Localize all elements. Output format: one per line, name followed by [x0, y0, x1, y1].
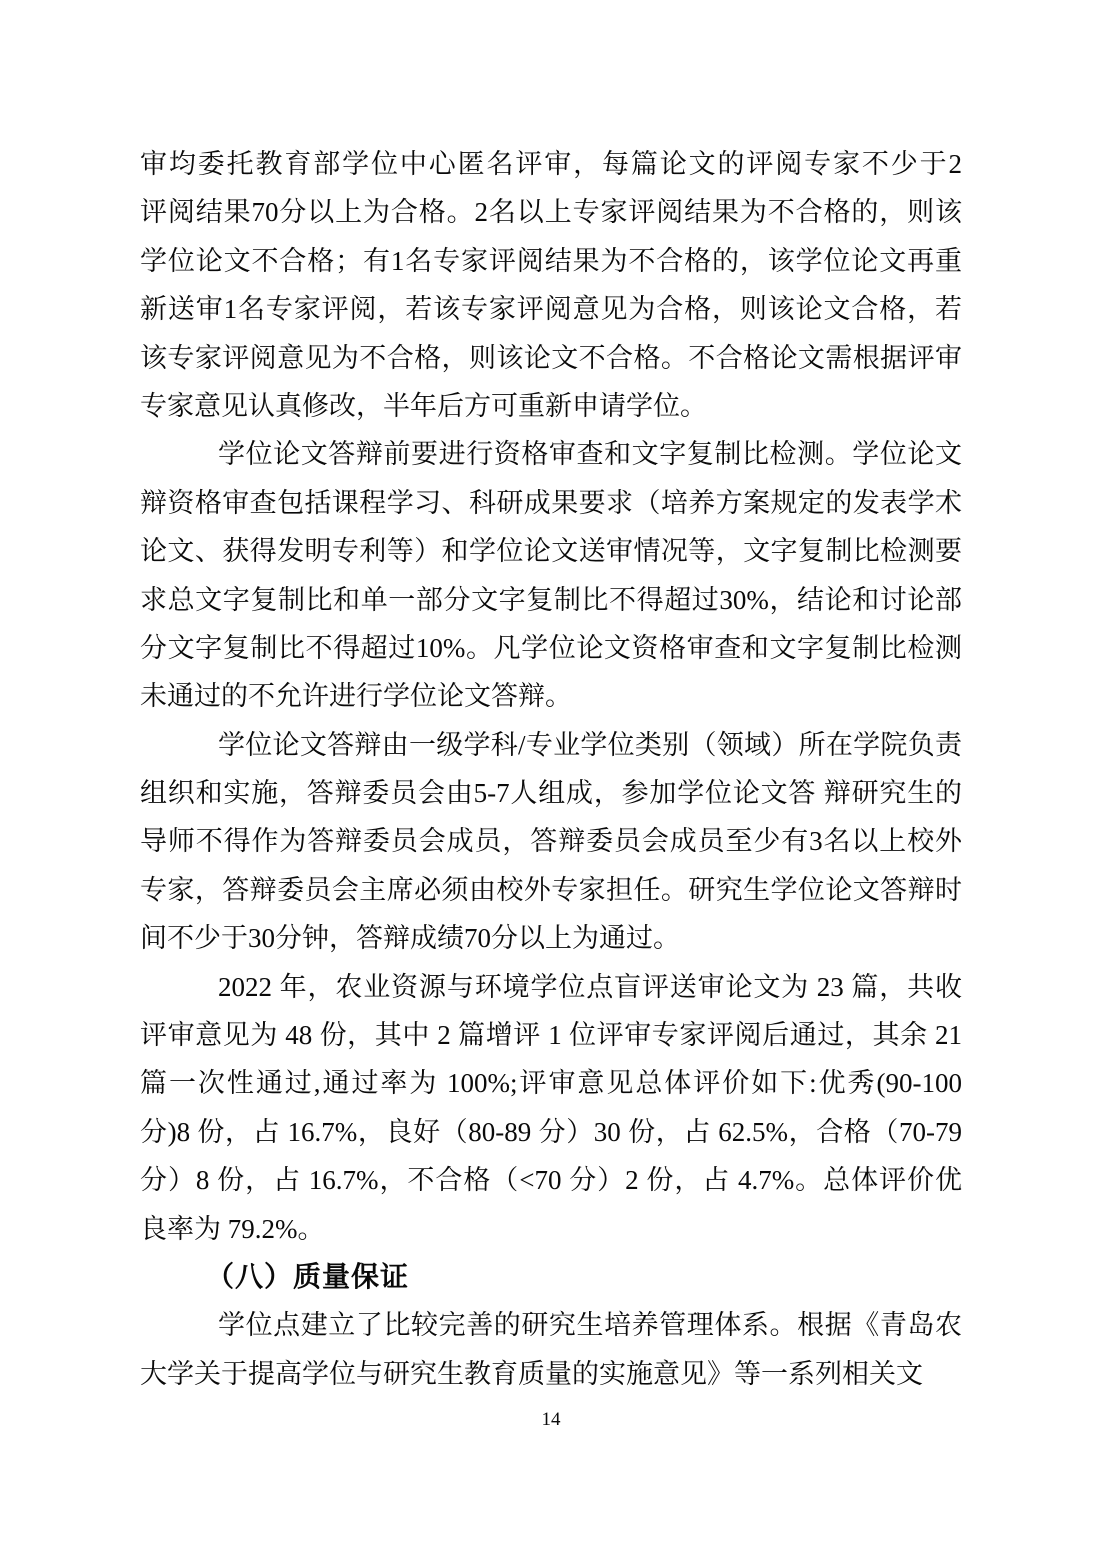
text-line: 未通过的不允许进行学位论文答辩。 — [140, 672, 962, 720]
text-line: 分)8 份，占 16.7%，良好（80-89 分）30 份，占 62.5%，合格… — [140, 1108, 962, 1156]
text-line: 学位论文答辩前要进行资格审查和文字复制比检测。学位论文答 — [140, 430, 962, 478]
paragraph: 2022 年，农业资源与环境学位点盲评送审论文为 23 篇，共收回评审意见为 4… — [140, 963, 962, 1253]
paragraph: 审均委托教育部学位中心匿名评审，每篇论文的评阅专家不少于2人，评阅结果70分以上… — [140, 140, 962, 430]
text-line: 审均委托教育部学位中心匿名评审，每篇论文的评阅专家不少于2人， — [140, 140, 962, 188]
text-line: 论文、获得发明专利等）和学位论文送审情况等，文字复制比检测要 — [140, 527, 962, 575]
text-line: 篇一次性通过,通过率为 100%;评审意见总体评价如下:优秀(90-100 — [140, 1059, 962, 1107]
text-line: 学位点建立了比较完善的研究生培养管理体系。根据《青岛农业 — [140, 1301, 962, 1349]
text-line: 该专家评阅意见为不合格，则该论文不合格。不合格论文需根据评审 — [140, 334, 962, 382]
text-line: 求总文字复制比和单一部分文字复制比不得超过30%，结论和讨论部 — [140, 576, 962, 624]
text-line: 大学关于提高学位与研究生教育质量的实施意见》等一系列相关文件， — [140, 1350, 962, 1398]
text-line: 分）8 份，占 16.7%，不合格（<70 分）2 份，占 4.7%。总体评价优 — [140, 1156, 962, 1204]
paragraph: 学位点建立了比较完善的研究生培养管理体系。根据《青岛农业大学关于提高学位与研究生… — [140, 1301, 962, 1398]
text-line: 分文字复制比不得超过10%。凡学位论文资格审查和文字复制比检测 — [140, 624, 962, 672]
text-line: 新送审1名专家评阅，若该专家评阅意见为合格，则该论文合格，若 — [140, 285, 962, 333]
text-line: 组织和实施，答辩委员会由5-7人组成，参加学位论文答 辩研究生的 — [140, 769, 962, 817]
section-heading: （八）质量保证 — [140, 1253, 962, 1301]
text-line: 学位论文答辩由一级学科/专业学位类别（领域）所在学院负责 — [140, 721, 962, 769]
text-line: 辩资格审查包括课程学习、科研成果要求（培养方案规定的发表学术 — [140, 479, 962, 527]
page-number: 14 — [0, 1406, 1102, 1434]
document-body: 审均委托教育部学位中心匿名评审，每篇论文的评阅专家不少于2人，评阅结果70分以上… — [140, 140, 962, 1398]
text-line: 专家，答辩委员会主席必须由校外专家担任。研究生学位论文答辩时 — [140, 866, 962, 914]
document-page: 审均委托教育部学位中心匿名评审，每篇论文的评阅专家不少于2人，评阅结果70分以上… — [0, 0, 1102, 1559]
text-line: 良率为 79.2%。 — [140, 1205, 962, 1253]
paragraph: 学位论文答辩由一级学科/专业学位类别（领域）所在学院负责组织和实施，答辩委员会由… — [140, 721, 962, 963]
text-line: 间不少于30分钟，答辩成绩70分以上为通过。 — [140, 914, 962, 962]
text-line: 导师不得作为答辩委员会成员，答辩委员会成员至少有3名以上校外 — [140, 817, 962, 865]
text-line: 评审意见为 48 份，其中 2 篇增评 1 位评审专家评阅后通过，其余 21 — [140, 1011, 962, 1059]
text-line: 评阅结果70分以上为合格。2名以上专家评阅结果为不合格的，则该 — [140, 188, 962, 236]
text-line: 2022 年，农业资源与环境学位点盲评送审论文为 23 篇，共收回 — [140, 963, 962, 1011]
text-line: 专家意见认真修改，半年后方可重新申请学位。 — [140, 382, 962, 430]
text-line: 学位论文不合格；有1名专家评阅结果为不合格的，该学位论文再重 — [140, 237, 962, 285]
paragraph: 学位论文答辩前要进行资格审查和文字复制比检测。学位论文答辩资格审查包括课程学习、… — [140, 430, 962, 720]
heading-text: （八）质量保证 — [206, 1253, 962, 1301]
